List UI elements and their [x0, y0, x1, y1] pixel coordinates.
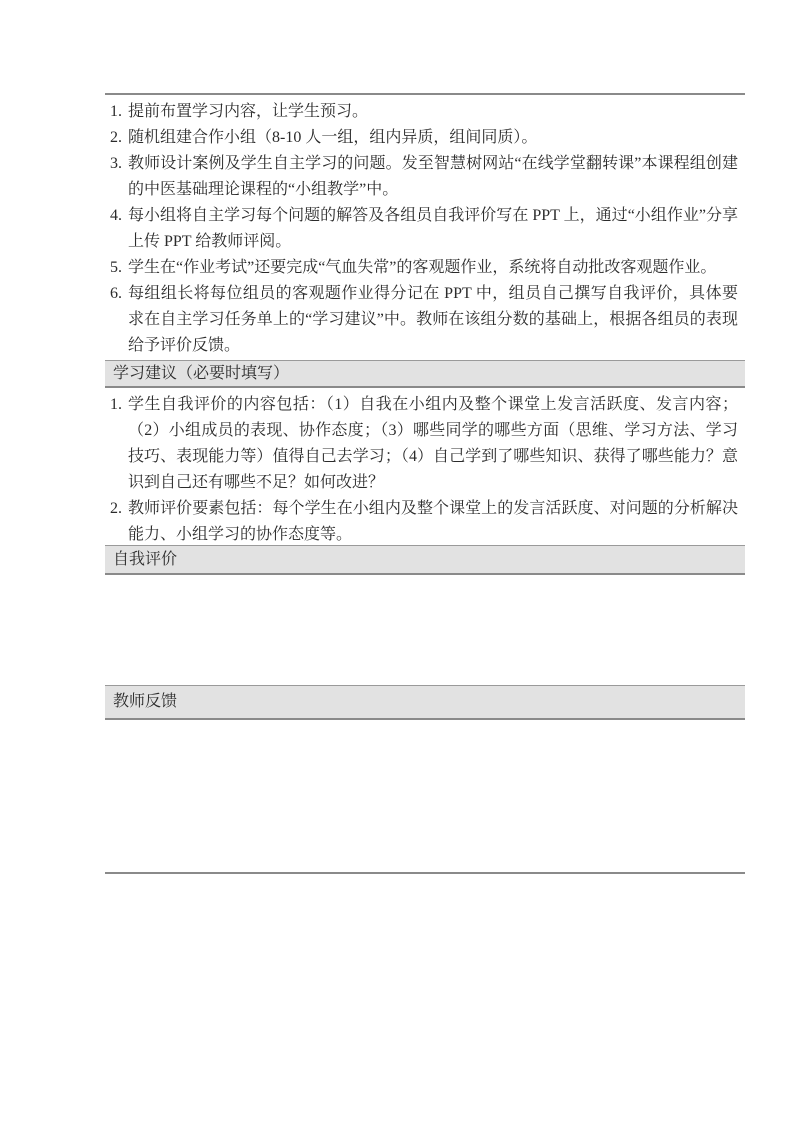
teacher-feedback-header-bar: 教师反馈 [105, 685, 745, 720]
procedure-section: 1. 提前布置学习内容，让学生预习。 2. 随机组建合作小组（8-10 人一组，… [105, 95, 745, 360]
teacher-feedback-header-label: 教师反馈 [113, 689, 177, 715]
self-evaluation-answer-area [105, 575, 745, 685]
item-text: 学生自我评价的内容包括：（1）自我在小组内及整个课堂上发言活跃度、发言内容；（2… [128, 396, 738, 491]
teacher-feedback-answer-area [105, 720, 745, 872]
procedure-item: 4. 每小组将自主学习每个问题的解答及各组员自我评价写在 PPT 上，通过“小组… [110, 203, 738, 255]
self-evaluation-header-bar: 自我评价 [105, 545, 745, 575]
procedure-item: 1. 提前布置学习内容，让学生预习。 [110, 99, 738, 125]
suggestion-section: 1. 学生自我评价的内容包括：（1）自我在小组内及整个课堂上发言活跃度、发言内容… [105, 388, 745, 545]
suggestion-item: 1. 学生自我评价的内容包括：（1）自我在小组内及整个课堂上发言活跃度、发言内容… [110, 392, 738, 496]
item-text: 教师设计案例及学生自主学习的问题。发至智慧树网站“在线学堂翻转课”本课程组创建的… [128, 155, 738, 198]
procedure-item: 3. 教师设计案例及学生自主学习的问题。发至智慧树网站“在线学堂翻转课”本课程组… [110, 151, 738, 203]
item-number: 2. [110, 496, 128, 522]
self-evaluation-header-label: 自我评价 [113, 547, 177, 573]
item-number: 2. [110, 125, 128, 151]
item-number: 6. [110, 281, 128, 307]
procedure-item: 5. 学生在“作业考试”还要完成“气血失常”的客观题作业，系统将自动批改客观题作… [110, 255, 738, 281]
item-text: 提前布置学习内容，让学生预习。 [128, 103, 368, 120]
item-number: 5. [110, 255, 128, 281]
procedure-item: 2. 随机组建合作小组（8-10 人一组，组内异质，组间同质）。 [110, 125, 738, 151]
item-text: 每小组将自主学习每个问题的解答及各组员自我评价写在 PPT 上，通过“小组作业”… [128, 207, 738, 250]
item-text: 每组组长将每位组员的客观题作业得分记在 PPT 中，组员自己撰写自我评价，具体要… [128, 285, 738, 354]
item-text: 教师评价要素包括：每个学生在小组内及整个课堂上的发言活跃度、对问题的分析解决能力… [128, 500, 738, 543]
item-text: 随机组建合作小组（8-10 人一组，组内异质，组间同质）。 [128, 129, 537, 146]
item-number: 1. [110, 99, 128, 125]
procedure-item: 6. 每组组长将每位组员的客观题作业得分记在 PPT 中，组员自己撰写自我评价，… [110, 281, 738, 359]
item-number: 4. [110, 203, 128, 229]
item-text: 学生在“作业考试”还要完成“气血失常”的客观题作业，系统将自动批改客观题作业。 [128, 259, 716, 276]
suggestion-header-label: 学习建议（必要时填写） [113, 361, 289, 387]
item-number: 1. [110, 392, 128, 418]
page: { "document": { "procedure": { "items": … [0, 0, 794, 1123]
document-table: 1. 提前布置学习内容，让学生预习。 2. 随机组建合作小组（8-10 人一组，… [105, 93, 745, 874]
suggestion-header-bar: 学习建议（必要时填写） [105, 360, 745, 388]
item-number: 3. [110, 151, 128, 177]
suggestion-item: 2. 教师评价要素包括：每个学生在小组内及整个课堂上的发言活跃度、对问题的分析解… [110, 496, 738, 545]
